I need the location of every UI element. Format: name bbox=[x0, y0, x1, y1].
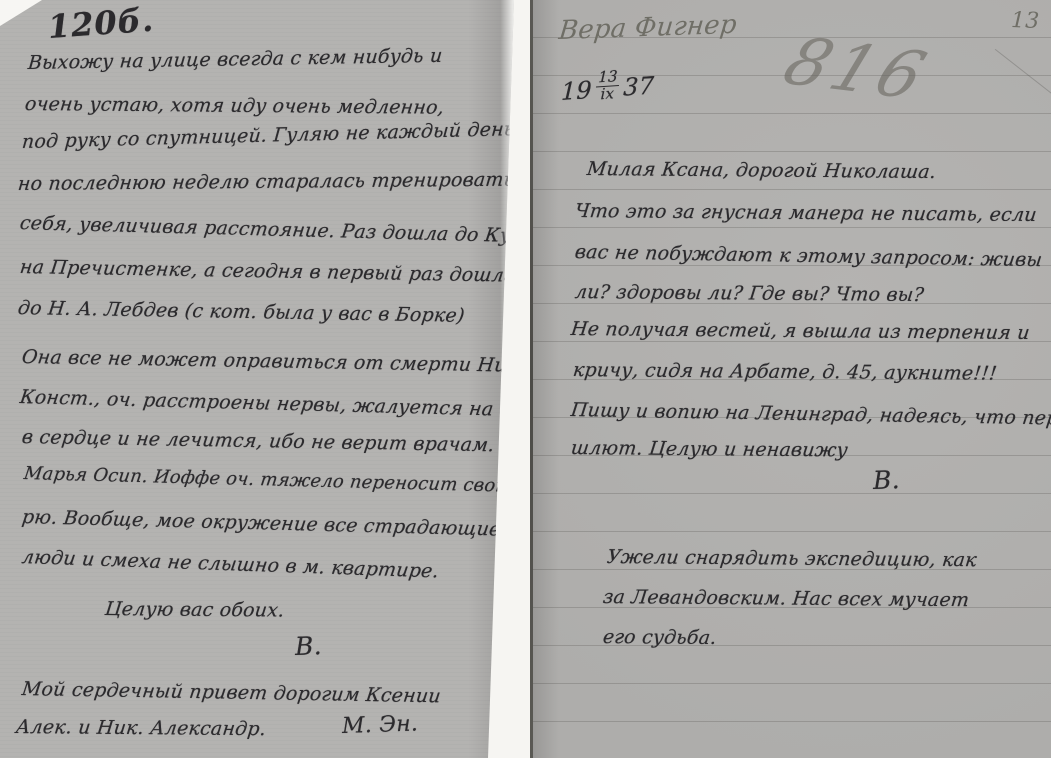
signature-initial: В. bbox=[294, 631, 322, 661]
date-century: 19 bbox=[561, 76, 593, 106]
letter-scan: 120б. Выхожу на улице всегда с кем нибуд… bbox=[0, 0, 1051, 758]
postscript-signature: М. Эн. bbox=[342, 711, 419, 739]
handwritten-line: на Пречистенке, а сегодня в первый раз д… bbox=[19, 256, 517, 287]
handwritten-line: люди и смеха не слышно в м. квартире. bbox=[20, 546, 440, 582]
left-page-number: 120б. bbox=[47, 1, 155, 46]
author-name-pencil: Вера Фигнер bbox=[557, 10, 738, 46]
handwritten-line: Конст., оч. расстроены нервы, жалуется н… bbox=[19, 386, 548, 422]
closing-line: Целую вас обоих. bbox=[104, 598, 286, 622]
handwritten-line: Выхожу на улице всегда с кем нибудь и bbox=[27, 45, 443, 74]
handwritten-line: Марья Осип. Иоффе оч. тяжело переносит с… bbox=[23, 463, 576, 498]
letter-date: 1913ix37 bbox=[561, 71, 655, 106]
handwritten-line: шлют. Целую и ненавижу bbox=[570, 437, 849, 461]
handwritten-line: ли? здоровы ли? Где вы? Что вы? bbox=[574, 281, 925, 306]
left-page: 120б. Выхожу на улице всегда с кем нибуд… bbox=[0, 0, 514, 758]
handwritten-line: его судьба. bbox=[602, 626, 718, 649]
date-year: 37 bbox=[623, 71, 655, 101]
handwritten-line: вас не побуждают к этому запросом: живы bbox=[574, 241, 1044, 271]
handwritten-line: за Левандовским. Нас всех мучает bbox=[602, 586, 971, 611]
handwritten-line: очень устаю, хотя иду очень медленно, bbox=[24, 93, 446, 119]
signature-initial: В. bbox=[872, 465, 900, 495]
handwritten-line: под руку со спутницей. Гуляю не каждый д… bbox=[21, 118, 521, 153]
handwritten-line: Что это за гнусная манера не писать, есл… bbox=[574, 200, 1038, 226]
postscript-line: Алек. и Ник. Александр. bbox=[15, 716, 268, 740]
handwritten-line: Ужели снарядить экспедицию, как bbox=[606, 546, 978, 571]
handwritten-line: Милая Ксана, дорогой Николаша. bbox=[586, 158, 938, 183]
handwritten-line: Пишу и вопию на Ленинград, надеясь, что … bbox=[570, 399, 1051, 430]
handwritten-line: Не получая вестей, я вышла из терпения и bbox=[570, 318, 1031, 344]
handwritten-line: рю. Вообще, мое окружение все страдающие bbox=[21, 506, 503, 540]
handwritten-line: но последнюю неделю старалась тренироват… bbox=[17, 169, 515, 195]
archive-mark-pencil: 816 bbox=[774, 23, 939, 114]
right-page-number: 13 bbox=[1011, 8, 1040, 34]
handwritten-line: до Н. А. Лебдев (с кот. была у вас в Бор… bbox=[17, 297, 466, 327]
date-month: ix bbox=[600, 86, 614, 103]
handwritten-line: Она все не может оправиться от смерти Ни… bbox=[21, 346, 526, 377]
postscript-line: Мой сердечный привет дорогим Ксении bbox=[21, 678, 443, 707]
scan-corner-fold bbox=[0, 0, 42, 26]
handwritten-line: в сердце и не лечится, ибо не верит врач… bbox=[21, 426, 496, 456]
handwritten-line: себя, увеличивая расстояние. Раз дошла д… bbox=[19, 212, 544, 248]
right-page: Вера Фигнер 816 13 1913ix37 Милая Ксана,… bbox=[533, 0, 1051, 758]
handwritten-line: кричу, сидя на Арбате, д. 45, аукните!!! bbox=[572, 359, 998, 385]
